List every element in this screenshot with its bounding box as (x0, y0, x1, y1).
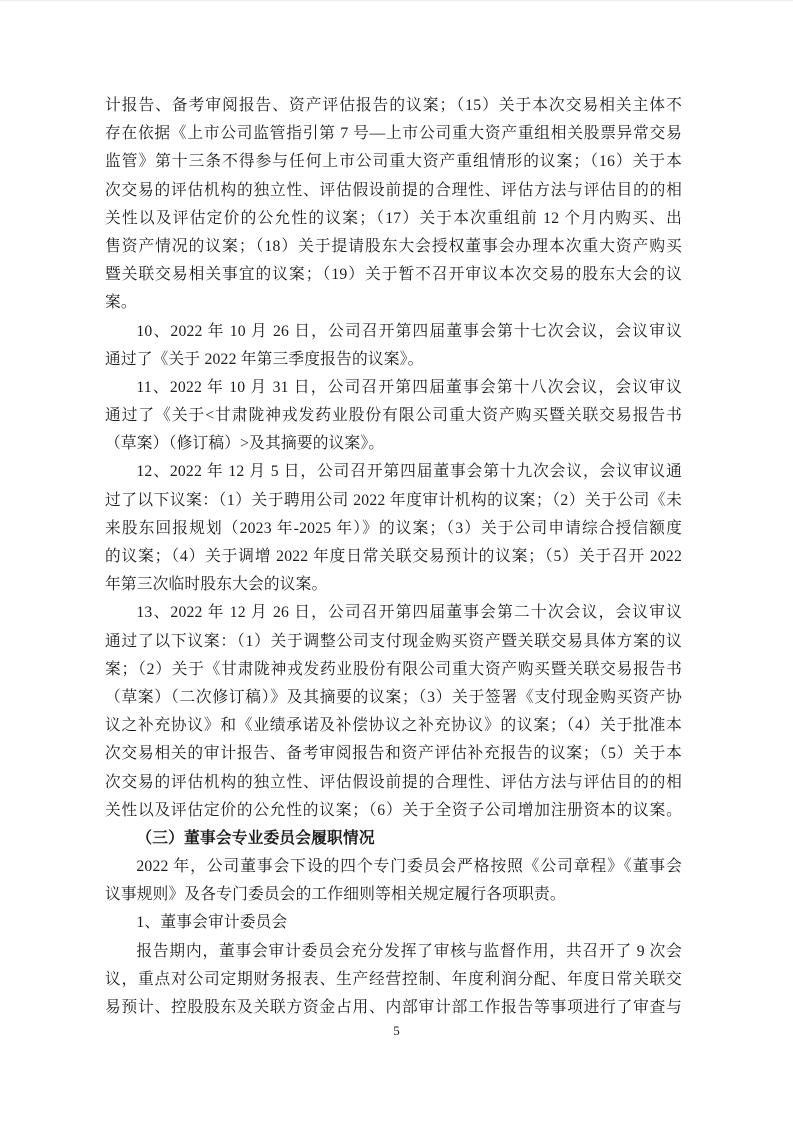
text-line: 案；（2）关于《甘肃陇神戎发药业股份有限公司重大资产购买暨关联交易报告书 (105, 656, 682, 684)
text-line: 过了以下议案：（1）关于聘用公司 2022 年度审计机构的议案；（2）关于公司《… (105, 487, 682, 515)
text-line: 12、2022 年 12 月 5 日，公司召开第四届董事会第十九次会议，会议审议… (105, 458, 682, 486)
text-line: 议之补充协议》和《业绩承诺及补偿协议之补充协议》的议案；（4）关于批准本 (105, 712, 682, 740)
text-line: 易预计、控股股东及关联方资金占用、内部审计部工作报告等事项进行了审查与 (105, 994, 682, 1022)
text-line: 售资产情况的议案；（18）关于提请股东大会授权董事会办理本次重大资产购买 (105, 233, 682, 261)
text-line: 11、2022 年 10 月 31 日，公司召开第四届董事会第十八次会议，会议审… (105, 374, 682, 402)
text-line: 次交易的评估机构的独立性、评估假设前提的合理性、评估方法与评估目的的相 (105, 769, 682, 797)
text-line: 暨关联交易相关事宜的议案；（19）关于暂不召开审议本次交易的股东大会的议 (105, 261, 682, 289)
paragraph-audit-committee: 报告期内，董事会审计委员会充分发挥了审核与监督作用，共召开了 9 次会 议，重点… (105, 938, 682, 1023)
text-line: 10、2022 年 10 月 26 日，公司召开第四届董事会第十七次会议，会议审… (105, 318, 682, 346)
page-number: 5 (0, 1023, 793, 1038)
text-line: 案。 (105, 289, 682, 317)
text-line: 13、2022 年 12 月 26 日，公司召开第四届董事会第二十次会议，会议审… (105, 599, 682, 627)
text-line: 的议案；（4）关于调增 2022 年度日常关联交易预计的议案；（5）关于召开 2… (105, 543, 682, 571)
text-line: 通过了《关于<甘肃陇神戎发药业股份有限公司重大资产购买暨关联交易报告书 (105, 402, 682, 430)
paragraph-item-12: 12、2022 年 12 月 5 日，公司召开第四届董事会第十九次会议，会议审议… (105, 458, 682, 599)
section-heading: （三）董事会专业委员会履职情况 (105, 825, 682, 853)
page-body: 计报告、备考审阅报告、资产评估报告的议案；（15）关于本次交易相关主体不 存在依… (105, 92, 682, 1022)
sub-heading-audit-committee: 1、董事会审计委员会 (105, 909, 682, 937)
text-line: 次交易相关的审计报告、备考审阅报告和资产评估补充报告的议案；（5）关于本 (105, 740, 682, 768)
text-line: 关性以及评估定价的公允性的议案；（6）关于全资子公司增加注册资本的议案。 (105, 797, 682, 825)
subheading-line: 1、董事会审计委员会 (105, 909, 682, 937)
text-line: 次交易的评估机构的独立性、评估假设前提的合理性、评估方法与评估目的的相 (105, 177, 682, 205)
text-line: 监管》第十三条不得参与任何上市公司重大资产重组情形的议案；（16）关于本 (105, 148, 682, 176)
text-line: （草案）（修订稿）>及其摘要的议案》。 (105, 430, 682, 458)
text-line: 年第三次临时股东大会的议案。 (105, 571, 682, 599)
heading-line: （三）董事会专业委员会履职情况 (105, 825, 682, 853)
text-line: 来股东回报规划（2023 年-2025 年）》的议案；（3）关于公司申请综合授信… (105, 515, 682, 543)
text-line: 报告期内，董事会审计委员会充分发挥了审核与监督作用，共召开了 9 次会 (105, 938, 682, 966)
paragraph-item-10: 10、2022 年 10 月 26 日，公司召开第四届董事会第十七次会议，会议审… (105, 318, 682, 374)
text-line: 议，重点对公司定期财务报表、生产经营控制、年度利润分配、年度日常关联交 (105, 966, 682, 994)
text-line: 议事规则》及各专门委员会的工作细则等相关规定履行各项职责。 (105, 881, 682, 909)
text-line: （草案）（二次修订稿）》及其摘要的议案；（3）关于签署《支付现金购买资产协 (105, 684, 682, 712)
paragraph-committees: 2022 年，公司董事会下设的四个专门委员会严格按照《公司章程》《董事会 议事规… (105, 853, 682, 909)
text-line: 关性以及评估定价的公允性的议案；（17）关于本次重组前 12 个月内购买、出 (105, 205, 682, 233)
paragraph-continuation: 计报告、备考审阅报告、资产评估报告的议案；（15）关于本次交易相关主体不 存在依… (105, 92, 682, 318)
text-line: 通过了《关于 2022 年第三季度报告的议案》。 (105, 346, 682, 374)
paragraph-item-11: 11、2022 年 10 月 31 日，公司召开第四届董事会第十八次会议，会议审… (105, 374, 682, 459)
paragraph-item-13: 13、2022 年 12 月 26 日，公司召开第四届董事会第二十次会议，会议审… (105, 599, 682, 825)
text-line: 存在依据《上市公司监管指引第 7 号—上市公司重大资产重组相关股票异常交易 (105, 120, 682, 148)
text-line: 2022 年，公司董事会下设的四个专门委员会严格按照《公司章程》《董事会 (105, 853, 682, 881)
text-line: 通过了以下议案：（1）关于调整公司支付现金购买资产暨关联交易具体方案的议 (105, 628, 682, 656)
document-page: { "document": { "language": "zh-CN", "pa… (0, 0, 793, 1122)
text-line: 计报告、备考审阅报告、资产评估报告的议案；（15）关于本次交易相关主体不 (105, 92, 682, 120)
